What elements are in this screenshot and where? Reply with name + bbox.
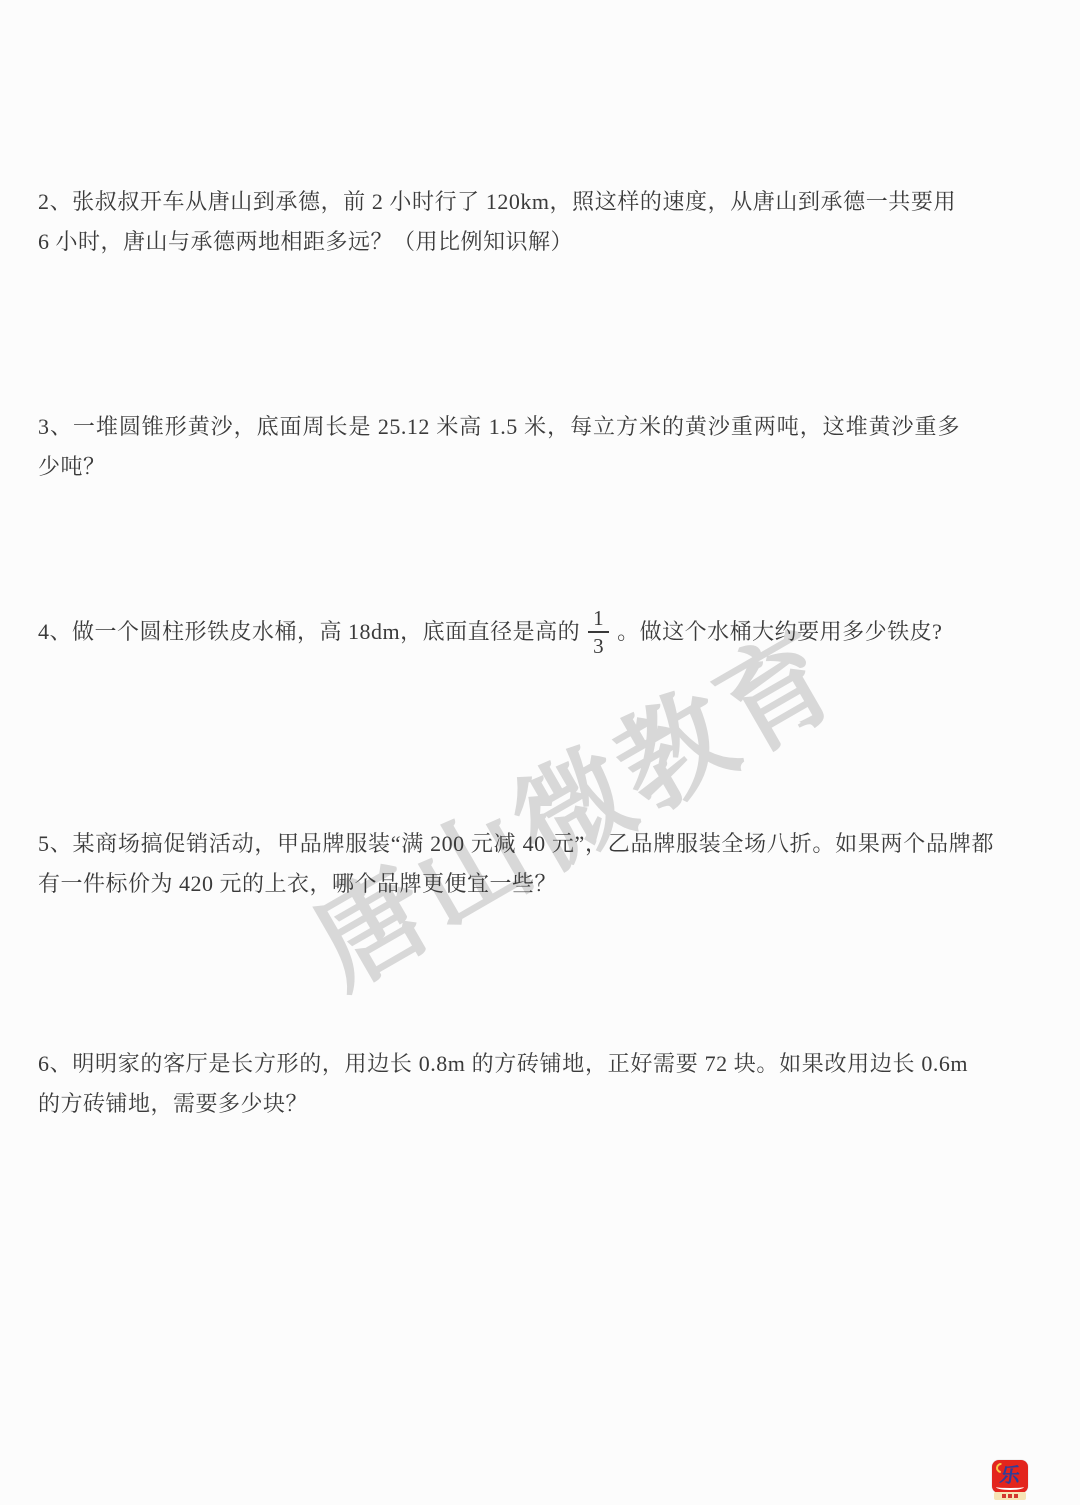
problem-4: 4、做一个圆柱形铁皮水桶，高 18dm，底面直径是高的13。做这个水桶大约要用多…	[38, 596, 998, 668]
problem-2: 2、张叔叔开车从唐山到承德，前 2 小时行了 120km，照这样的速度，从唐山到…	[38, 182, 956, 262]
worksheet-page: 唐山微教育 2、张叔叔开车从唐山到承德，前 2 小时行了 120km，照这样的速…	[0, 0, 1080, 1505]
problem-4-text-before: 做一个圆柱形铁皮水桶，高 18dm，底面直径是高的	[72, 619, 580, 644]
problem-6-text: 明明家的客厅是长方形的，用边长 0.8m 的方砖铺地，正好需要 72 块。如果改…	[38, 1051, 968, 1116]
problem-3-number: 3、	[38, 414, 73, 439]
problem-3: 3、一堆圆锥形黄沙，底面周长是 25.12 米高 1.5 米，每立方米的黄沙重两…	[38, 407, 960, 487]
problem-5-text: 某商场搞促销活动，甲品牌服装“满 200 元减 40 元”，乙品牌服装全场八折。…	[38, 831, 994, 896]
problem-2-number: 2、	[38, 189, 72, 214]
problem-4-number: 4、	[38, 619, 72, 644]
app-logo-icon: 乐	[992, 1460, 1028, 1500]
fraction-one-third: 13	[588, 607, 609, 657]
problem-4-text-after: 。做这个水桶大约要用多少铁皮?	[617, 619, 942, 644]
logo-swoosh-shape	[996, 1484, 1024, 1490]
problem-6: 6、明明家的客厅是长方形的，用边长 0.8m 的方砖铺地，正好需要 72 块。如…	[38, 1044, 968, 1124]
logo-band	[994, 1492, 1026, 1500]
fraction-numerator: 1	[588, 607, 609, 633]
problem-3-text: 一堆圆锥形黄沙，底面周长是 25.12 米高 1.5 米，每立方米的黄沙重两吨，…	[38, 414, 960, 479]
fraction-denominator: 3	[593, 633, 604, 657]
logo-red-square: 乐	[992, 1460, 1028, 1493]
problem-6-number: 6、	[38, 1051, 72, 1076]
problem-5-number: 5、	[38, 831, 72, 856]
problem-2-text: 张叔叔开车从唐山到承德，前 2 小时行了 120km，照这样的速度，从唐山到承德…	[38, 189, 956, 254]
problem-5: 5、某商场搞促销活动，甲品牌服装“满 200 元减 40 元”，乙品牌服装全场八…	[38, 824, 994, 904]
